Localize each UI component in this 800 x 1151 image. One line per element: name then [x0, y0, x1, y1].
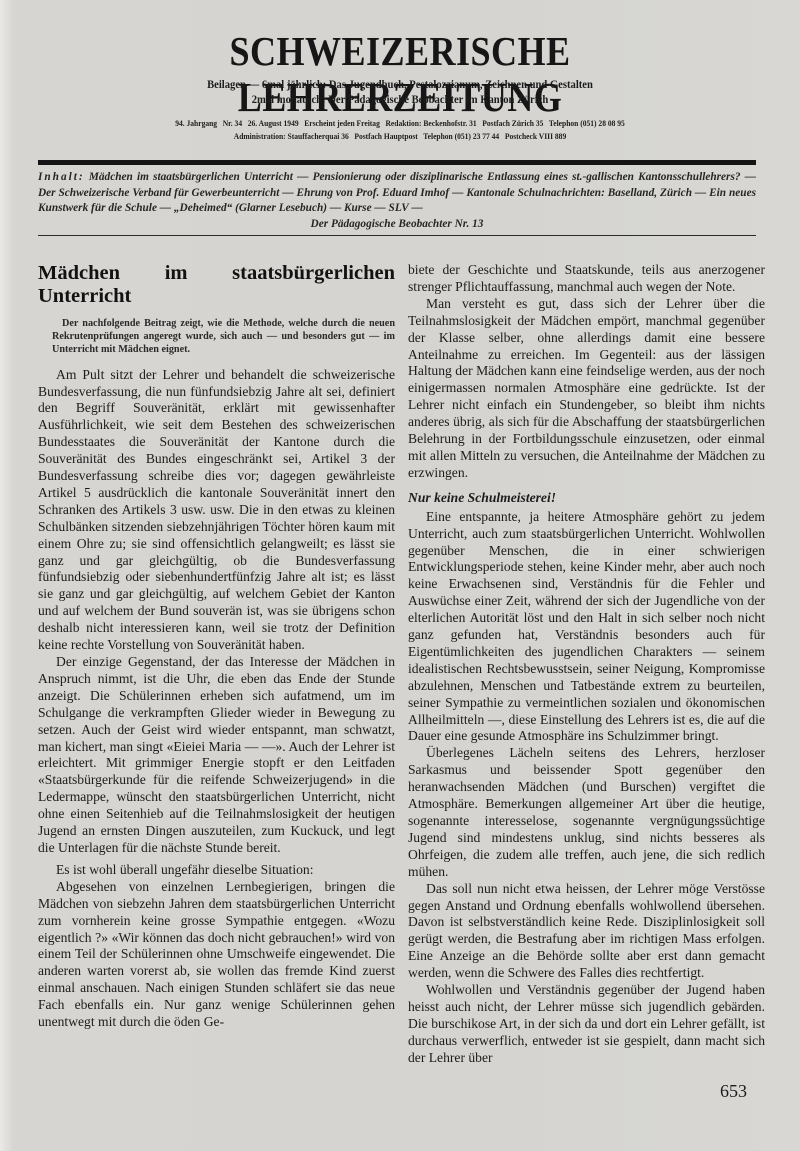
toc-text: Mädchen im staatsbürgerlichen Unterricht…	[38, 171, 756, 214]
paragraph: Man versteht es gut, dass sich der Lehre…	[408, 296, 765, 482]
article-title: Mädchen im staatsbürgerlichen Unterricht	[38, 262, 395, 308]
newspaper-page: SCHWEIZERISCHE LEHRERZEITUNG Beilagen — …	[0, 0, 800, 1151]
paragraph: Eine entspannte, ja heitere Atmosphäre g…	[408, 509, 765, 746]
left-column: Mädchen im staatsbürgerlichen Unterricht…	[38, 262, 395, 1031]
toc-last-line: Der Pädagogische Beobachter Nr. 13	[38, 217, 756, 233]
impressum-line-1: 94. Jahrgang Nr. 34 26. August 1949 Ersc…	[69, 117, 731, 130]
table-of-contents: Inhalt: Mädchen im staatsbürgerlichen Un…	[38, 170, 756, 232]
paragraph-continuation: biete der Geschichte und Staatskunde, te…	[408, 262, 765, 296]
paragraph: Das soll nun nicht etwa heissen, der Leh…	[408, 881, 765, 982]
paragraph: Der einzige Gegenstand, der das Interess…	[38, 654, 395, 857]
impressum-line-2: Administration: Stauffacherquai 36 Postf…	[69, 130, 731, 143]
paragraph: Es ist wohl überall ungefähr dieselbe Si…	[38, 862, 395, 879]
impressum: 94. Jahrgang Nr. 34 26. August 1949 Ersc…	[69, 117, 731, 143]
toc-rule	[38, 235, 756, 236]
section-subheading: Nur keine Schulmeisterei!	[408, 490, 765, 507]
supplements-line-2: 2mal monatlich: Der Pädagogische Beobach…	[65, 93, 735, 108]
paragraph: Wohlwollen und Verständnis gegenüber der…	[408, 982, 765, 1067]
masthead-rule	[38, 160, 756, 165]
article-lead: Der nachfolgende Beitrag zeigt, wie die …	[38, 317, 395, 357]
right-column: biete der Geschichte und Staatskunde, te…	[408, 262, 765, 1067]
toc-label: Inhalt:	[38, 171, 85, 183]
supplements-line-1: Beilagen — 6mal jährlich: Das Jugendbuch…	[65, 78, 735, 93]
paragraph: Überlegenes Lächeln seitens des Lehrers,…	[408, 745, 765, 880]
page-number: 653	[720, 1081, 747, 1102]
paragraph: Am Pult sitzt der Lehrer und behandelt d…	[38, 367, 395, 654]
paragraph: Abgesehen von einzelnen Lernbegierigen, …	[38, 879, 395, 1031]
masthead-supplements: Beilagen — 6mal jährlich: Das Jugendbuch…	[65, 78, 735, 108]
